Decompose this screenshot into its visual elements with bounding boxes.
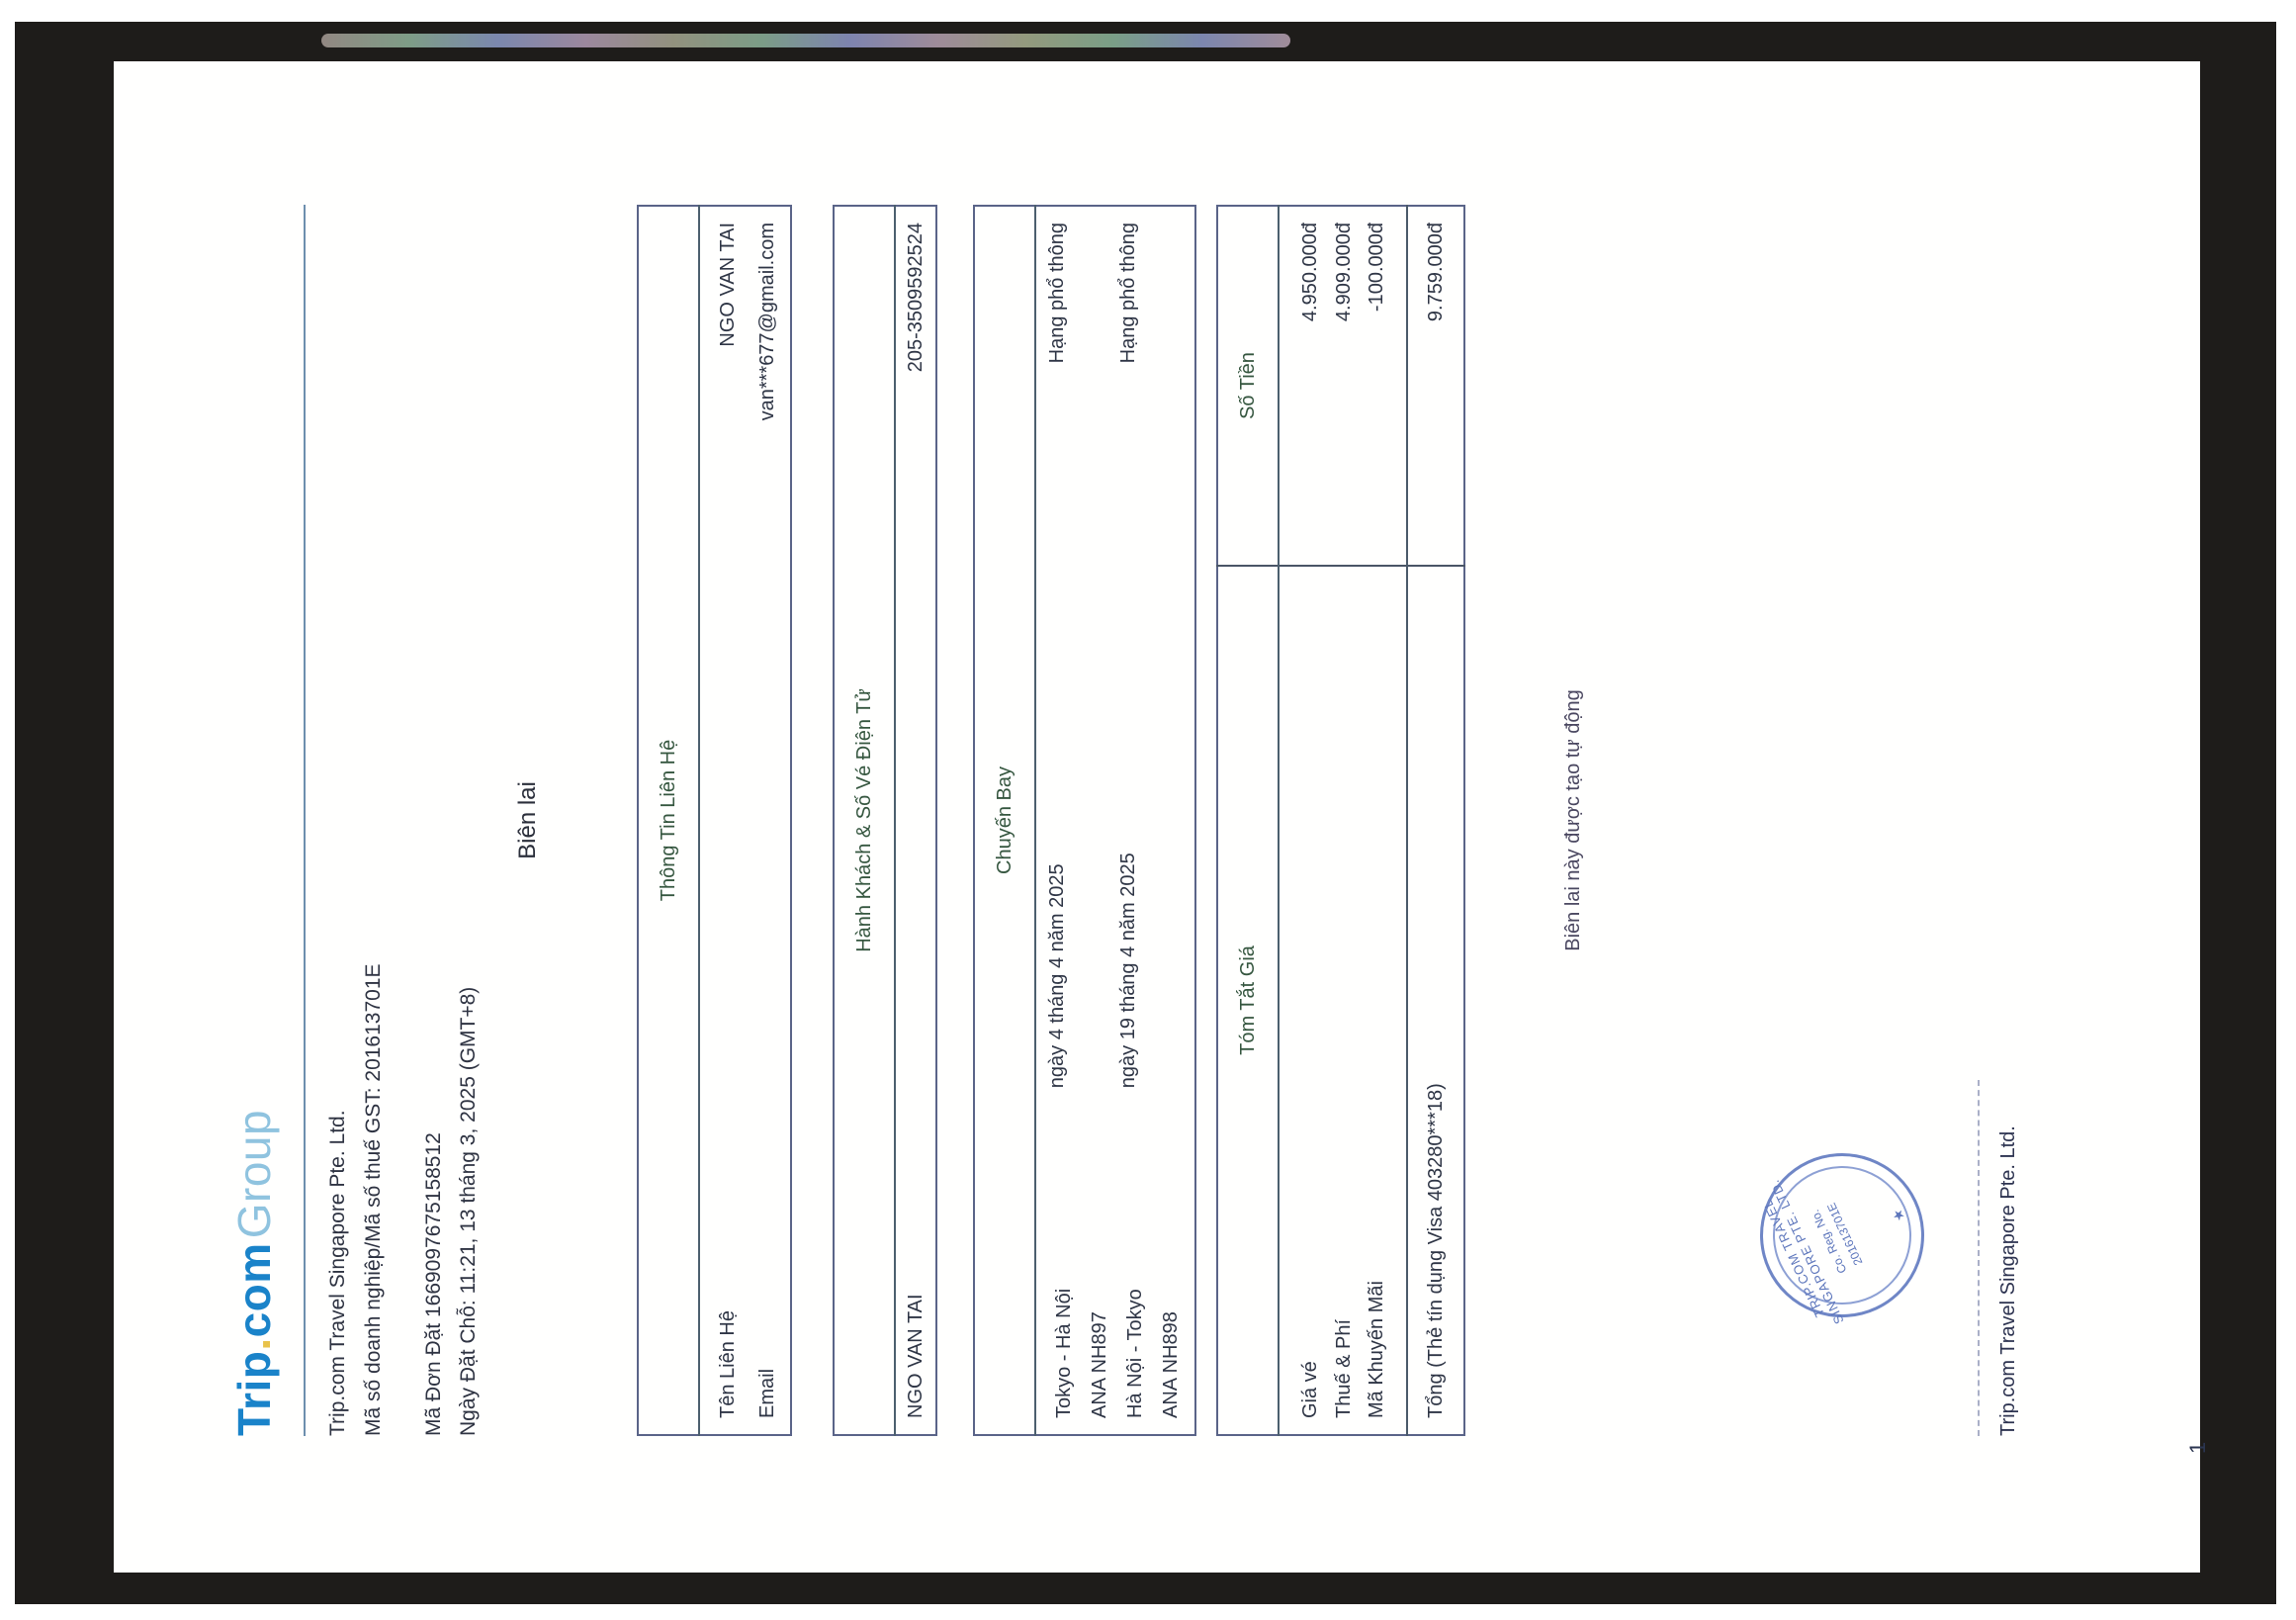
flight-row: Hà Nội - Tokyo ANA NH898 ngày 19 tháng 4… xyxy=(1117,206,1195,1435)
flight-row: Tokyo - Hà Nội ANA NH897 ngày 4 tháng 4 … xyxy=(1035,206,1117,1435)
flight-class: Hạng phổ thông xyxy=(1035,206,1117,560)
price-summary-header: Tóm Tắt Giá xyxy=(1217,566,1279,1435)
flight-route: Tokyo - Hà Nội xyxy=(1046,1120,1082,1418)
page-number: 1 xyxy=(2185,1434,2201,1454)
amount-header: Số Tiền xyxy=(1217,206,1279,566)
table-row: Tên Liên Hệ NGO VAN TAI xyxy=(699,206,745,1435)
total-row: Tổng (Thẻ tín dụng Visa 403280***18) 9.7… xyxy=(1407,206,1464,1435)
header-divider xyxy=(304,205,306,1436)
flights-header: Chuyến Bay xyxy=(974,206,1035,1435)
price-amount: 4.950.000đ xyxy=(1279,206,1329,566)
contact-email-value: van***677@gmail.com xyxy=(746,206,791,970)
price-label: Thuế & Phí xyxy=(1329,566,1360,1435)
table-row: NGO VAN TAI 205-3509592524 xyxy=(895,206,936,1435)
logo-dot-icon: . xyxy=(227,1337,281,1350)
price-row: Mã Khuyến Mãi -100.000đ xyxy=(1360,206,1407,1435)
flight-route: Hà Nội - Tokyo xyxy=(1117,1120,1153,1418)
price-row: Giá vé 4.950.000đ xyxy=(1279,206,1329,1435)
flight-number: ANA NH898 xyxy=(1153,1120,1189,1418)
contact-name-label: Tên Liên Hệ xyxy=(699,970,745,1435)
price-label: Giá vé xyxy=(1279,566,1329,1435)
passenger-name: NGO VAN TAI xyxy=(895,866,936,1435)
e-ticket-number: 205-3509592524 xyxy=(895,206,936,866)
total-label: Tổng (Thẻ tín dụng Visa 403280***18) xyxy=(1407,566,1464,1435)
trip-com-group-logo: Trip.com Group xyxy=(227,1110,287,1436)
contact-email-label: Email xyxy=(746,970,791,1435)
receipt-document: Trip.com Group Trip.com Travel Singapore… xyxy=(227,205,2067,1436)
flight-date: ngày 4 tháng 4 năm 2025 xyxy=(1035,560,1117,1105)
contact-info-table: Thông Tin Liên Hệ Tên Liên Hệ NGO VAN TA… xyxy=(637,205,792,1436)
total-amount: 9.759.000đ xyxy=(1407,206,1464,566)
price-amount: 4.909.000đ xyxy=(1329,206,1360,566)
price-row: Thuế & Phí 4.909.000đ xyxy=(1329,206,1360,1435)
star-icon: ★ xyxy=(1889,1206,1909,1224)
company-name: Trip.com Travel Singapore Pte. Ltd. xyxy=(326,1110,350,1436)
tax-id: Mã số doanh nghiệp/Mã số thuế GST: 20161… xyxy=(362,963,386,1436)
price-summary-table: Tóm Tắt Giá Số Tiền Giá vé 4.950.000đ Th… xyxy=(1216,205,1465,1436)
order-number: Mã Đơn Đặt 1669097675158512 xyxy=(422,1132,446,1436)
auto-generated-note: Biên lai này được tạo tự động xyxy=(1562,205,1585,1436)
price-label: Mã Khuyến Mãi xyxy=(1360,566,1407,1435)
contact-name-value: NGO VAN TAI xyxy=(699,206,745,970)
passenger-ticket-table: Hành Khách & Số Vé Điện Tử NGO VAN TAI 2… xyxy=(833,205,937,1436)
flight-number: ANA NH897 xyxy=(1082,1120,1117,1418)
contact-header: Thông Tin Liên Hệ xyxy=(638,206,699,1435)
scan-light-bar xyxy=(321,34,1290,47)
flight-class: Hạng phổ thông xyxy=(1117,206,1195,560)
company-stamp: TRIP.COM TRAVEL SINGAPORE PTE. LTD. Co. … xyxy=(1733,1126,1952,1345)
booking-date: Ngày Đặt Chỗ: 11:21, 13 tháng 3, 2025 (G… xyxy=(457,987,481,1436)
table-row: Email van***677@gmail.com xyxy=(746,206,791,1435)
passenger-header: Hành Khách & Số Vé Điện Tử xyxy=(834,206,895,1435)
flights-table: Chuyến Bay Tokyo - Hà Nội ANA NH897 ngày… xyxy=(973,205,1196,1436)
signature-line xyxy=(1978,1080,1980,1436)
flight-date: ngày 19 tháng 4 năm 2025 xyxy=(1117,560,1195,1105)
signature-company: Trip.com Travel Singapore Pte. Ltd. xyxy=(1997,1125,2020,1436)
price-amount: -100.000đ xyxy=(1360,206,1407,566)
page-title: Biên lai xyxy=(514,205,542,1436)
